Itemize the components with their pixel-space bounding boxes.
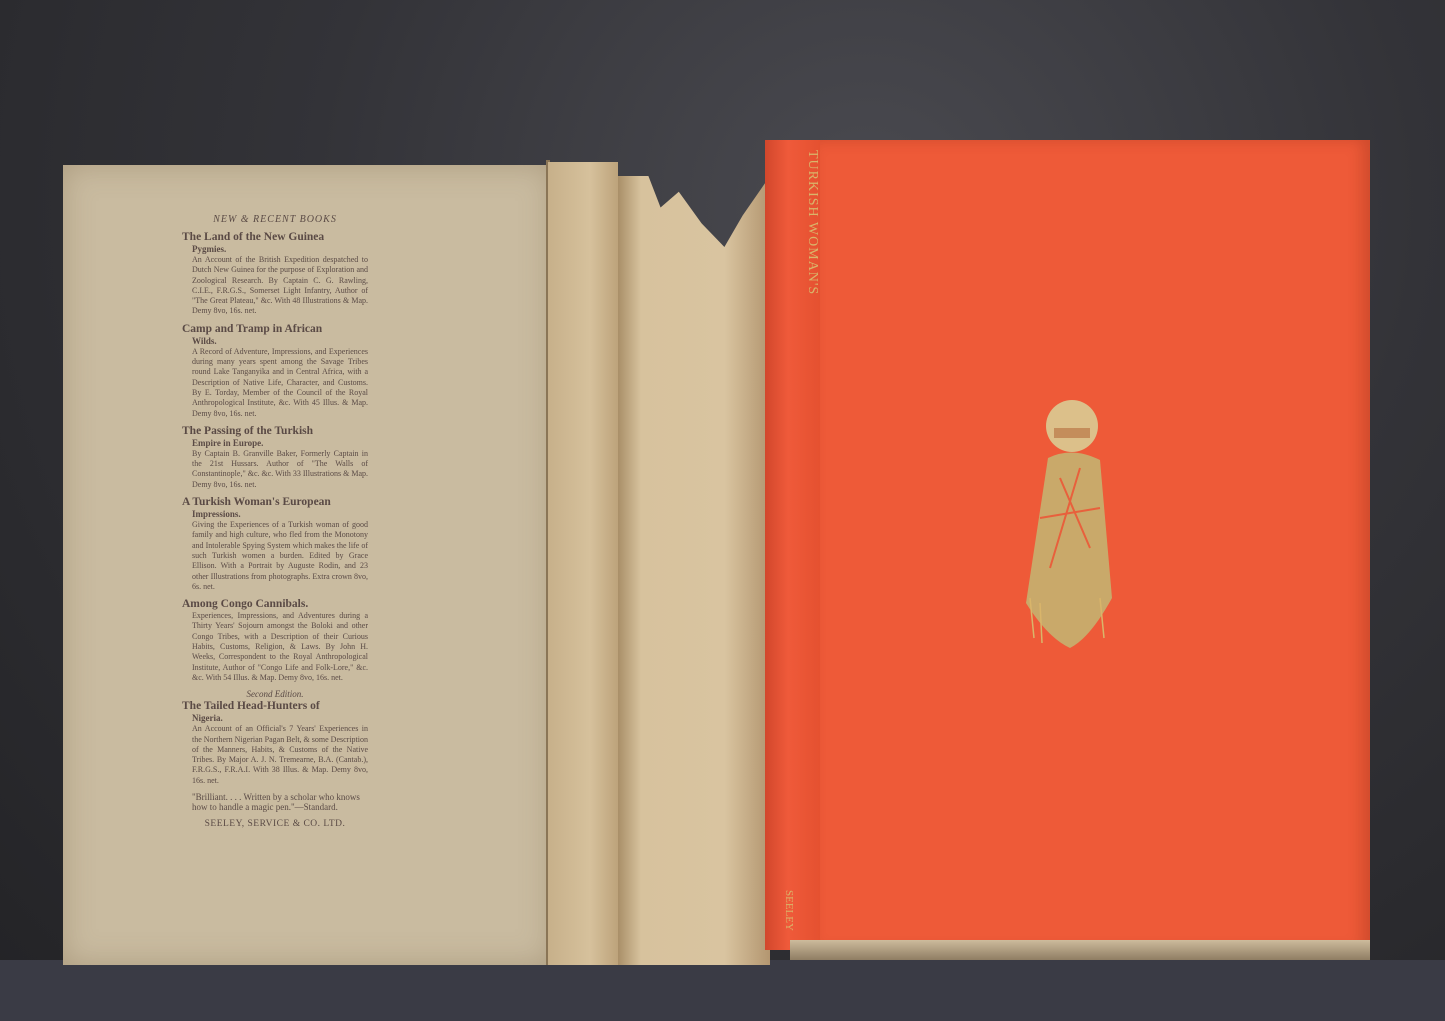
- table-surface: [0, 960, 1445, 1021]
- book-description: Experiences, Impressions, and Adventures…: [192, 611, 368, 683]
- edition-note: Second Edition.: [182, 689, 368, 699]
- publisher-imprint: SEELEY, SERVICE & CO. LTD.: [182, 819, 368, 829]
- book-subtitle: Impressions.: [192, 509, 368, 520]
- spine-title: TURKISH WOMAN'S: [780, 150, 820, 310]
- book-subtitle: Nigeria.: [192, 713, 368, 724]
- gilt-veiled-figure-icon: [1020, 398, 1116, 648]
- book-title: The Passing of the Turkish: [182, 425, 368, 438]
- ad-heading: NEW & RECENT BOOKS: [182, 214, 368, 225]
- book-description: An Account of the British Expedition des…: [192, 255, 368, 317]
- book-description: By Captain B. Granville Baker, Formerly …: [192, 449, 368, 490]
- book-title: The Tailed Head-Hunters of: [182, 700, 368, 713]
- book-subtitle: Wilds.: [192, 336, 368, 347]
- book-title: A Turkish Woman's European: [182, 496, 368, 509]
- book-subtitle: Pygmies.: [192, 244, 368, 255]
- ad-book-6: Second Edition. The Tailed Head-Hunters …: [182, 689, 368, 786]
- book-description: Giving the Experiences of a Turkish woma…: [192, 520, 368, 592]
- book-description: A Record of Adventure, Impressions, and …: [192, 347, 368, 419]
- advertisement-list: NEW & RECENT BOOKS The Land of the New G…: [182, 214, 368, 829]
- ad-book-1: The Land of the New Guinea Pygmies. An A…: [182, 231, 368, 317]
- ad-book-2: Camp and Tramp in African Wilds. A Recor…: [182, 323, 368, 419]
- dust-jacket-front-torn: [618, 176, 770, 965]
- dust-jacket-spine: [548, 162, 618, 965]
- book-subtitle: Empire in Europe.: [192, 438, 368, 449]
- book-page-edge: [790, 940, 1370, 960]
- book-title: Among Congo Cannibals.: [182, 598, 368, 611]
- ad-book-4: A Turkish Woman's European Impressions. …: [182, 496, 368, 592]
- ad-book-5: Among Congo Cannibals. Experiences, Impr…: [182, 598, 368, 683]
- book-description: An Account of an Official's 7 Years' Exp…: [192, 724, 368, 786]
- book-title: The Land of the New Guinea: [182, 231, 368, 244]
- book-title: Camp and Tramp in African: [182, 323, 368, 336]
- ad-book-3: The Passing of the Turkish Empire in Eur…: [182, 425, 368, 490]
- review-quote: "Brilliant. . . . Written by a scholar w…: [192, 792, 368, 813]
- spine-publisher: SEELEY: [783, 890, 795, 931]
